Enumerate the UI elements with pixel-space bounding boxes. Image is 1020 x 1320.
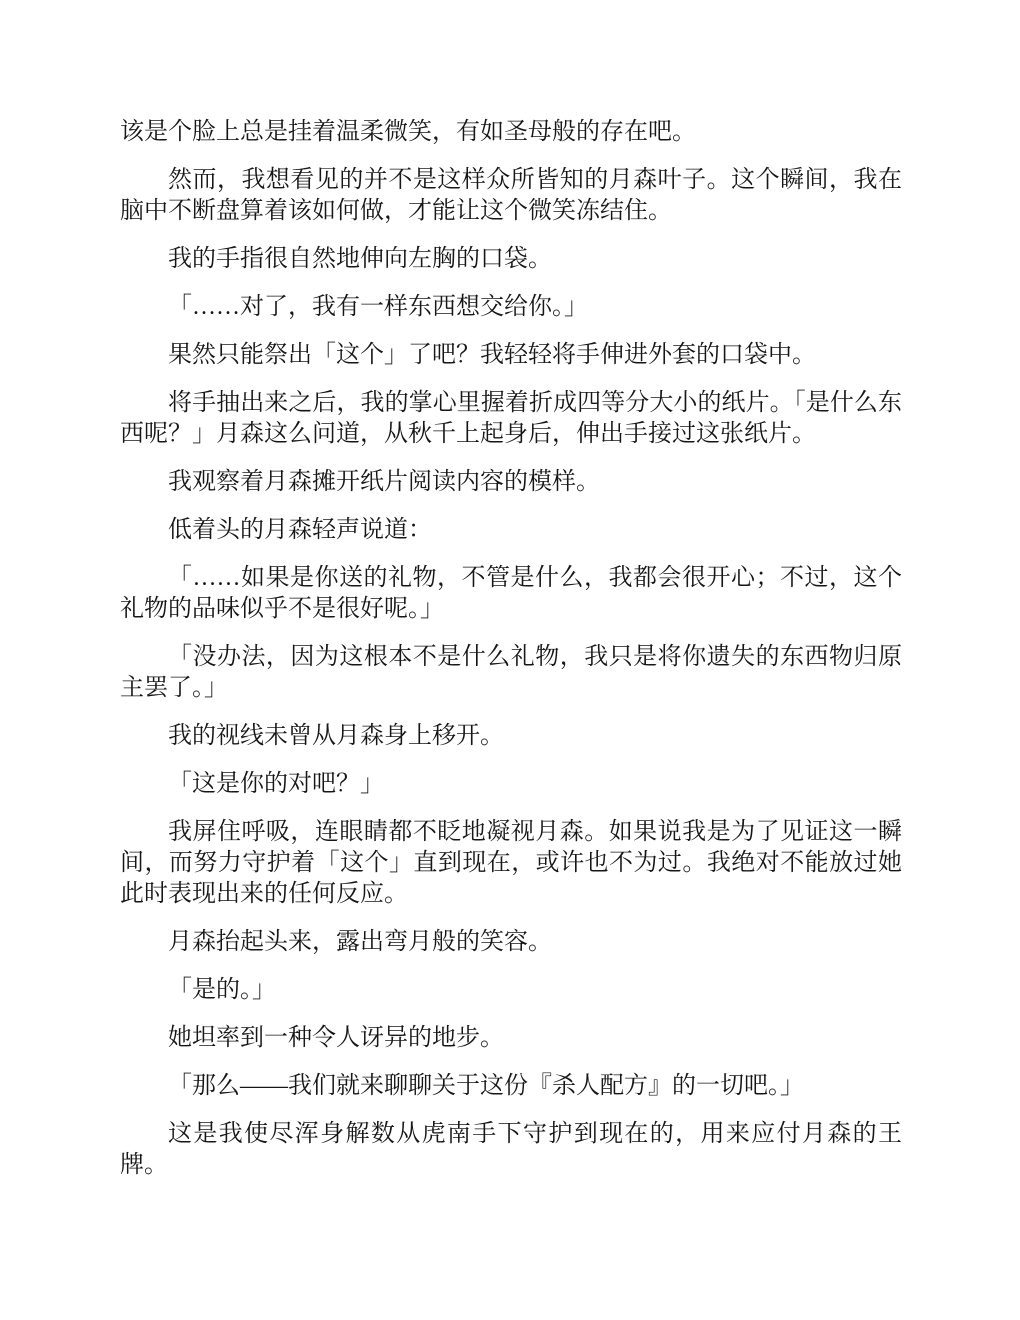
paragraph: 我屏住呼吸，连眼睛都不眨地凝视月森。如果说我是为了见证这一瞬间，而努力守护着「这… [120,817,902,910]
paragraph: 我的视线未曾从月森身上移开。 [120,721,902,752]
paragraph: 她坦率到一种令人讶异的地步。 [120,1023,902,1054]
paragraph: 「这是你的对吧？」 [120,769,902,800]
paragraph: 果然只能祭出「这个」了吧？我轻轻将手伸进外套的口袋中。 [120,340,902,371]
paragraph: 该是个脸上总是挂着温柔微笑，有如圣母般的存在吧。 [120,117,902,148]
paragraph: 我的手指很自然地伸向左胸的口袋。 [120,244,902,275]
paragraph: 「……如果是你送的礼物，不管是什么，我都会很开心；不过，这个礼物的品味似乎不是很… [120,563,902,625]
paragraph: 「没办法，因为这根本不是什么礼物，我只是将你遗失的东西物归原主罢了。」 [120,642,902,704]
paragraph: 这是我使尽浑身解数从虎南手下守护到现在的，用来应付月森的王牌。 [120,1119,902,1181]
document-page: 该是个脸上总是挂着温柔微笑，有如圣母般的存在吧。 然而，我想看见的并不是这样众所… [0,0,1020,1320]
paragraph: 「……对了，我有一样东西想交给你。」 [120,292,902,323]
paragraph: 我观察着月森摊开纸片阅读内容的模样。 [120,467,902,498]
paragraph: 月森抬起头来，露出弯月般的笑容。 [120,927,902,958]
paragraph: 低着头的月森轻声说道： [120,515,902,546]
paragraph: 「那么——我们就来聊聊关于这份『杀人配方』的一切吧。」 [120,1071,902,1102]
paragraph: 将手抽出来之后，我的掌心里握着折成四等分大小的纸片。「是什么东西呢？」月森这么问… [120,388,902,450]
paragraph: 然而，我想看见的并不是这样众所皆知的月森叶子。这个瞬间，我在脑中不断盘算着该如何… [120,165,902,227]
paragraph: 「是的。」 [120,975,902,1006]
